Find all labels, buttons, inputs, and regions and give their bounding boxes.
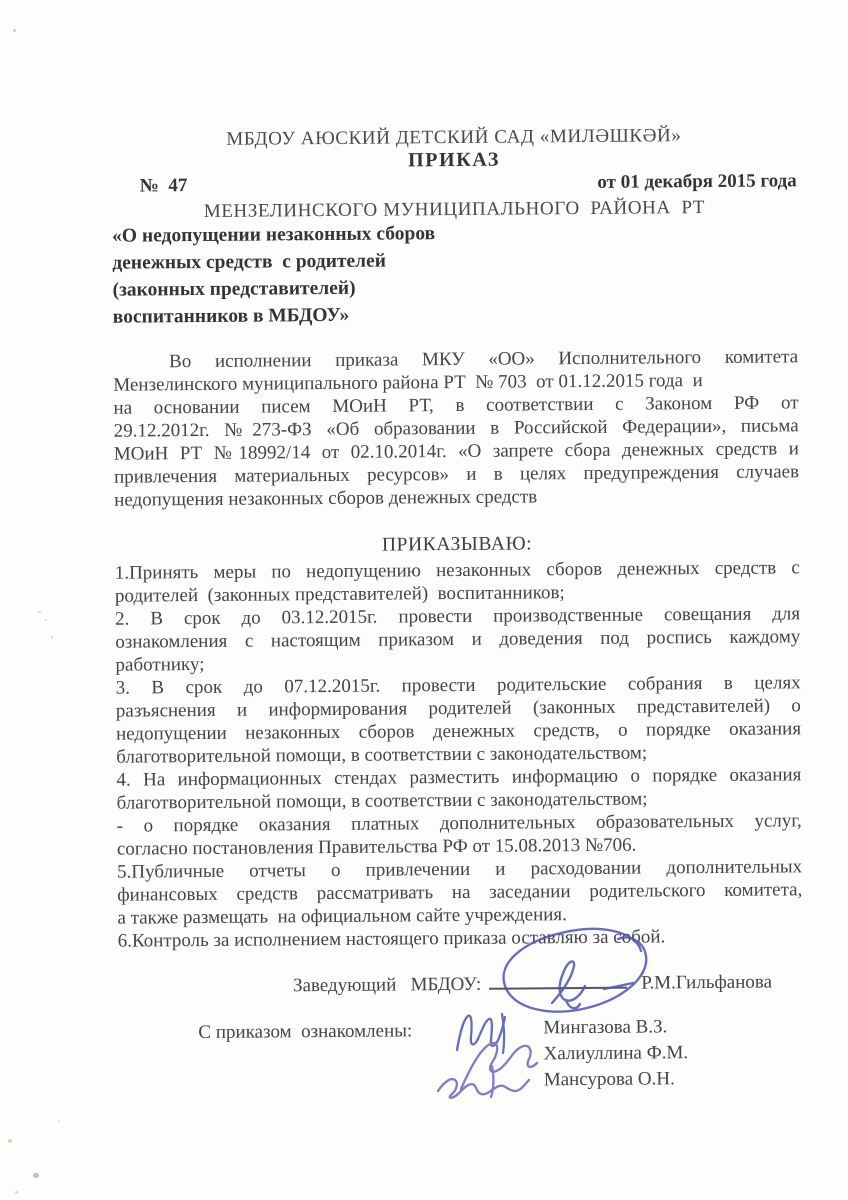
scan-speckle [58, 1120, 60, 1122]
signature-line [489, 972, 627, 990]
acknowledgment-name: Мансурова О.Н. [544, 1066, 689, 1093]
scan-speckle [51, 636, 53, 639]
order-heading: ПРИКАЗЫВАЮ: [114, 530, 799, 559]
scan-speckle [45, 619, 47, 621]
scan-speckle [8, 1139, 12, 1143]
scanned-order-page: МБДОУ АЮСКИЙ ДЕТСКИЙ САД «МИЛӘШКӘЙ» МЕНЗ… [0, 0, 848, 1200]
document-body: МБДОУ АЮСКИЙ ДЕТСКИЙ САД «МИЛӘШКӘЙ» МЕНЗ… [110, 0, 804, 1200]
acknowledgment-row: С приказом ознакомлены: Мингазова В.З.Ха… [118, 1013, 804, 1128]
scan-speckle [13, 29, 16, 32]
order-number: № 47 [140, 174, 188, 198]
text-line: недопущения незаконных сборов денежных с… [114, 483, 799, 511]
order-items: 1.Принять меры по недопущению незаконных… [115, 556, 803, 952]
scan-speckle [33, 1173, 39, 1178]
text-line: 6.Контроль за исполнением настоящего при… [118, 924, 803, 952]
order-subject: «О недопущении незаконных сборовденежных… [112, 217, 798, 330]
director-signature-row: Заведующий МБДОУ:Р.М.Гильфанова [293, 970, 772, 1000]
acknowledgment-name: Мингазова В.З. [543, 1014, 688, 1041]
scan-speckle [15, 1191, 18, 1194]
acknowledgment-name: Халиуллина Ф.М. [543, 1040, 688, 1067]
order-preamble: Во исполнении приказа МКУ «ОО» Исполните… [113, 345, 799, 511]
director-signature-name: Р.М.Гильфанова [641, 972, 772, 994]
order-date: от 01 декабря 2015 года [597, 169, 797, 195]
acknowledgment-names: Мингазова В.З.Халиуллина Ф.М.Мансурова О… [543, 1014, 688, 1093]
scan-speckle [38, 611, 41, 613]
director-signature-label: Заведующий МБДОУ: [293, 974, 481, 996]
acknowledgment-label: С приказом ознакомлены: [198, 1018, 412, 1046]
subject-line: воспитанников в МБДОУ» [113, 298, 798, 330]
